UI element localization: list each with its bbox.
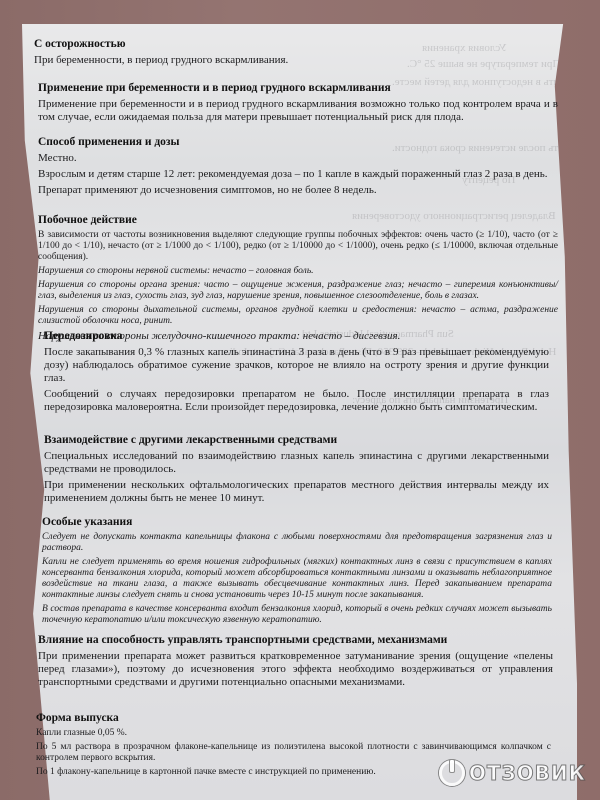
section-text: Применение при беременности и в период г… <box>38 98 558 124</box>
section-pregnancy: Применение при беременности и в период г… <box>38 82 558 127</box>
section-caution: С осторожностью При беременности, в пери… <box>34 38 554 70</box>
section-text: Специальных исследований по взаимодейств… <box>44 450 549 476</box>
section-side-effects: Побочное действие В зависимости от часто… <box>38 214 558 346</box>
watermark-text: ОТЗОВИК <box>469 761 586 785</box>
section-title: Побочное действие <box>38 214 558 226</box>
section-text: Взрослым и детям старше 12 лет: рекоменд… <box>38 168 558 181</box>
section-title: Взаимодействие с другими лекарственными … <box>44 434 549 446</box>
section-title: Способ применения и дозы <box>38 136 558 148</box>
section-special-instructions: Особые указания Следует не допускать кон… <box>42 516 552 629</box>
section-text: Препарат применяют до исчезновения симпт… <box>38 184 558 197</box>
section-title: Применение при беременности и в период г… <box>38 82 558 94</box>
section-text: Капли не следует применять во время ноше… <box>42 557 552 601</box>
section-text: После закапывания 0,3 % глазных капель э… <box>44 346 549 385</box>
otzovik-logo-icon <box>439 760 465 786</box>
section-text: При применении нескольких офтальмологиче… <box>44 479 549 505</box>
otzovik-watermark: ОТЗОВИК <box>439 760 586 786</box>
section-title: Передозировка <box>44 330 549 342</box>
section-text: Нарушения со стороны нервной системы: не… <box>38 266 558 277</box>
section-title: Особые указания <box>42 516 552 528</box>
section-interactions: Взаимодействие с другими лекарственными … <box>44 434 549 508</box>
section-text: Нарушения со стороны органа зрения: част… <box>38 280 558 302</box>
section-text: Нарушения со стороны дыхательной системы… <box>38 305 558 327</box>
section-title: С осторожностью <box>34 38 554 50</box>
section-title: Форма выпуска <box>36 712 551 724</box>
section-driving: Влияние на способность управлять транспо… <box>38 634 553 692</box>
section-text: Местно. <box>38 152 558 165</box>
section-title: Влияние на способность управлять транспо… <box>38 634 553 646</box>
section-text: В зависимости от частоты возникновения в… <box>38 230 558 263</box>
section-text: Следует не допускать контакта капельницы… <box>42 532 552 554</box>
section-dosage: Способ применения и дозы Местно. Взрослы… <box>38 136 558 200</box>
section-text: При применении препарата может развиться… <box>38 650 553 689</box>
section-text: При беременности, в период грудного вска… <box>34 54 554 67</box>
section-overdose: Передозировка После закапывания 0,3 % гл… <box>44 330 549 417</box>
section-text: В состав препарата в качестве консервант… <box>42 604 552 626</box>
section-text: Сообщений о случаях передозировки препар… <box>44 388 549 414</box>
section-text: Капли глазные 0,05 %. <box>36 728 551 739</box>
